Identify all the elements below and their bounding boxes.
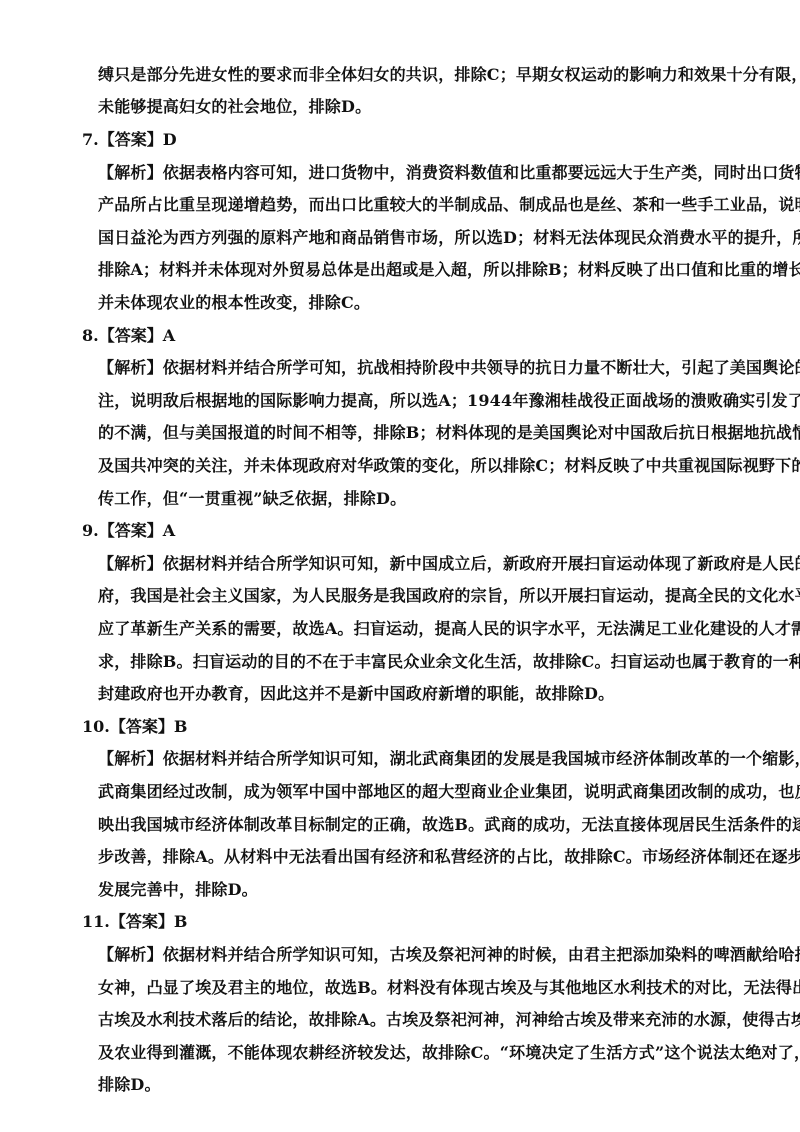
line-30: 古埃及水利技术落后的结论，故排除A。古埃及祭祀河神，河神给古埃及带来充沛的水源，… <box>98 1004 723 1036</box>
line-05: 产品所占比重呈现递增趋势，而出口比重较大的半制成品、制成品也是丝、茶和一些手工业… <box>98 189 723 221</box>
line-26: 发展完善中，排除D。 <box>98 874 723 906</box>
question-11-answer: 11.【答案】B <box>82 906 187 938</box>
line-07: 排除A；材料并未体现对外贸易总体是出超或是入超，所以排除B；材料反映了出口值和比… <box>98 254 723 286</box>
line-22: 【解析】依据材料并结合所学知识可知，湖北武商集团的发展是我国城市经济体制改革的一… <box>98 743 723 775</box>
question-8-answer: 8.【答案】A <box>82 320 175 352</box>
line-06: 国日益沦为西方列强的原料产地和商品销售市场，所以选D；材料无法体现民众消费水平的… <box>98 222 723 254</box>
line-16: 【解析】依据材料并结合所学知识可知，新中国成立后，新政府开展扫盲运动体现了新政府… <box>98 548 723 580</box>
line-19: 求，排除B。扫盲运动的目的不在于丰富民众业余文化生活，故排除C。扫盲运动也属于教… <box>98 646 723 678</box>
question-9-answer: 9.【答案】A <box>82 515 175 547</box>
line-14: 传工作，但“一贯重视”缺乏依据，排除D。 <box>98 483 723 515</box>
line-23: 武商集团经过改制，成为领军中国中部地区的超大型商业企业集团，说明武商集团改制的成… <box>98 776 723 808</box>
line-20: 封建政府也开办教育，因此这并不是新中国政府新增的职能，故排除D。 <box>98 678 723 710</box>
line-08: 并未体现农业的根本性改变，排除C。 <box>98 287 723 319</box>
line-02: 未能够提高妇女的社会地位，排除D。 <box>98 91 723 123</box>
line-12: 的不满，但与美国报道的时间不相等，排除B；材料体现的是美国舆论对中国敌后抗日根据… <box>98 417 723 449</box>
line-13: 及国共冲突的关注，并未体现政府对华政策的变化，所以排除C；材料反映了中共重视国际… <box>98 450 723 482</box>
line-01: 缚只是部分先进女性的要求而非全体妇女的共识，排除C；早期女权运动的影响力和效果十… <box>98 59 723 91</box>
line-25: 步改善，排除A。从材料中无法看出国有经济和私营经济的占比，故排除C。市场经济体制… <box>98 841 723 873</box>
line-17: 府，我国是社会主义国家，为人民服务是我国政府的宗旨，所以开展扫盲运动，提高全民的… <box>98 580 723 612</box>
line-04: 【解析】依据表格内容可知，进口货物中，消费资料数值和比重都要远远大于生产类，同时… <box>98 157 723 189</box>
line-32: 排除D。 <box>98 1069 723 1101</box>
question-10-answer: 10.【答案】B <box>82 711 187 743</box>
line-29: 女神，凸显了埃及君主的地位，故选B。材料没有体现古埃及与其他地区水利技术的对比，… <box>98 972 723 1004</box>
answer-key-page: 缚只是部分先进女性的要求而非全体妇女的共识，排除C；早期女权运动的影响力和效果十… <box>0 0 800 1132</box>
line-28: 【解析】依据材料并结合所学知识可知，古埃及祭祀河神的时候，由君主把添加染料的啤酒… <box>98 939 723 971</box>
line-11: 注，说明敌后根据地的国际影响力提高，所以选A；1944年豫湘桂战役正面战场的溃败… <box>98 385 723 417</box>
line-31: 及农业得到灌溉，不能体现农耕经济较发达，故排除C。“环境决定了生活方式”这个说法… <box>98 1037 723 1069</box>
question-7-answer: 7.【答案】D <box>82 124 177 156</box>
line-24: 映出我国城市经济体制改革目标制定的正确，故选B。武商的成功，无法直接体现居民生活… <box>98 809 723 841</box>
line-18: 应了革新生产关系的需要，故选A。扫盲运动，提高人民的识字水平，无法满足工业化建设… <box>98 613 723 645</box>
line-10: 【解析】依据材料并结合所学可知，抗战相持阶段中共领导的抗日力量不断壮大，引起了美… <box>98 352 723 384</box>
